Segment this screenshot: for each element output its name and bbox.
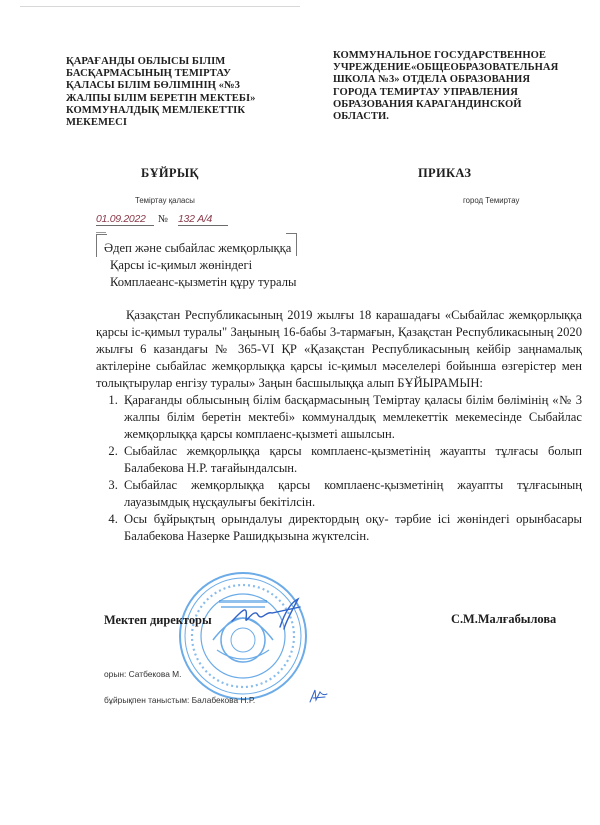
header-ru: КОММУНАЛЬНОЕ ГОСУДАРСТВЕННОЕ УЧРЕЖДЕНИЕ«…: [333, 50, 558, 123]
header-ru-line: УЧРЕЖДЕНИЕ«ОБЩЕОБРАЗОВАТЕЛЬНАЯ: [333, 62, 558, 74]
number-sign: №: [158, 214, 168, 225]
order-date: 01.09.2022: [96, 213, 154, 226]
bracket-mark: [96, 232, 106, 233]
acknowledgement-signature-icon: [307, 688, 329, 704]
header-kz-line: ЖАЛПЫ БІЛІМ БЕРЕТІН МЕКТЕБІ»: [66, 93, 256, 105]
subject-line: Әдеп және сыбайлас жемқорлыққа: [104, 240, 296, 257]
header-ru-line: КОММУНАЛЬНОЕ ГОСУДАРСТВЕННОЕ: [333, 50, 558, 62]
order-subject: Әдеп және сыбайлас жемқорлыққа Қарсы іс-…: [104, 240, 296, 291]
header-ru-line: ГОРОДА ТЕМИРТАУ УПРАВЛЕНИЯ: [333, 87, 558, 99]
header-ru-line: ОБРАЗОВАНИЯ КАРАГАНДИНСКОЙ: [333, 99, 558, 111]
order-number: 132 А/4: [178, 213, 228, 226]
header-kz-line: КОММУНАЛДЫҚ МЕМЛЕКЕТТІК: [66, 105, 256, 117]
doc-kind-kz: БҰЙРЫҚ: [141, 166, 199, 181]
signature-name: С.М.Малғабылова: [451, 612, 556, 627]
director-signature-icon: [228, 597, 304, 631]
signature-title: Мектеп директоры: [104, 613, 212, 628]
scan-artifact-line: [20, 6, 300, 7]
header-kz: ҚАРАҒАНДЫ ОБЛЫСЫ БІЛІМ БАСҚАРМАСЫНЫҢ ТЕМ…: [66, 56, 256, 129]
official-stamp-icon: [177, 570, 309, 702]
header-kz-line: БАСҚАРМАСЫНЫҢ ТЕМІРТАУ: [66, 68, 256, 80]
doc-kind-ru: ПРИКАЗ: [418, 166, 471, 181]
subject-line: Комплаеанс-қызметін құру туралы: [104, 274, 296, 291]
order-items: Қарағанды облысының білім басқармасының …: [96, 392, 582, 545]
order-item: Сыбайлас жемқорлыққа қарсы комплаенс-қыз…: [121, 477, 582, 511]
executor: орын: Сатбекова М.: [104, 669, 182, 679]
header-kz-line: ҚАРАҒАНДЫ ОБЛЫСЫ БІЛІМ: [66, 56, 256, 68]
header-ru-line: ОБЛАСТИ.: [333, 111, 558, 123]
order-item: Қарағанды облысының білім басқармасының …: [121, 392, 582, 443]
city-kz: Теміртау қаласы: [135, 196, 195, 205]
acknowledged: бұйрықпен таныстым: Балабекова Н.Р.: [104, 695, 255, 705]
order-item: Сыбайлас жемқорлыққа қарсы комплаенс-қыз…: [121, 443, 582, 477]
order-body: Қазақстан Республикасының 2019 жылғы 18 …: [96, 307, 582, 545]
header-ru-line: ШКОЛА №3» ОТДЕЛА ОБРАЗОВАНИЯ: [333, 74, 558, 86]
order-item: Осы бұйрықтың орындалуы директордың оқу-…: [121, 511, 582, 545]
preamble: Қазақстан Республикасының 2019 жылғы 18 …: [96, 307, 582, 392]
header-kz-line: ҚАЛАСЫ БІЛІМ БӨЛІМІНІҢ «№3: [66, 80, 256, 92]
subject-line: Қарсы іс-қимыл жөніндегі: [104, 257, 296, 274]
header-kz-line: МЕКЕМЕСІ: [66, 117, 256, 129]
city-ru: город Темиртау: [463, 196, 519, 205]
